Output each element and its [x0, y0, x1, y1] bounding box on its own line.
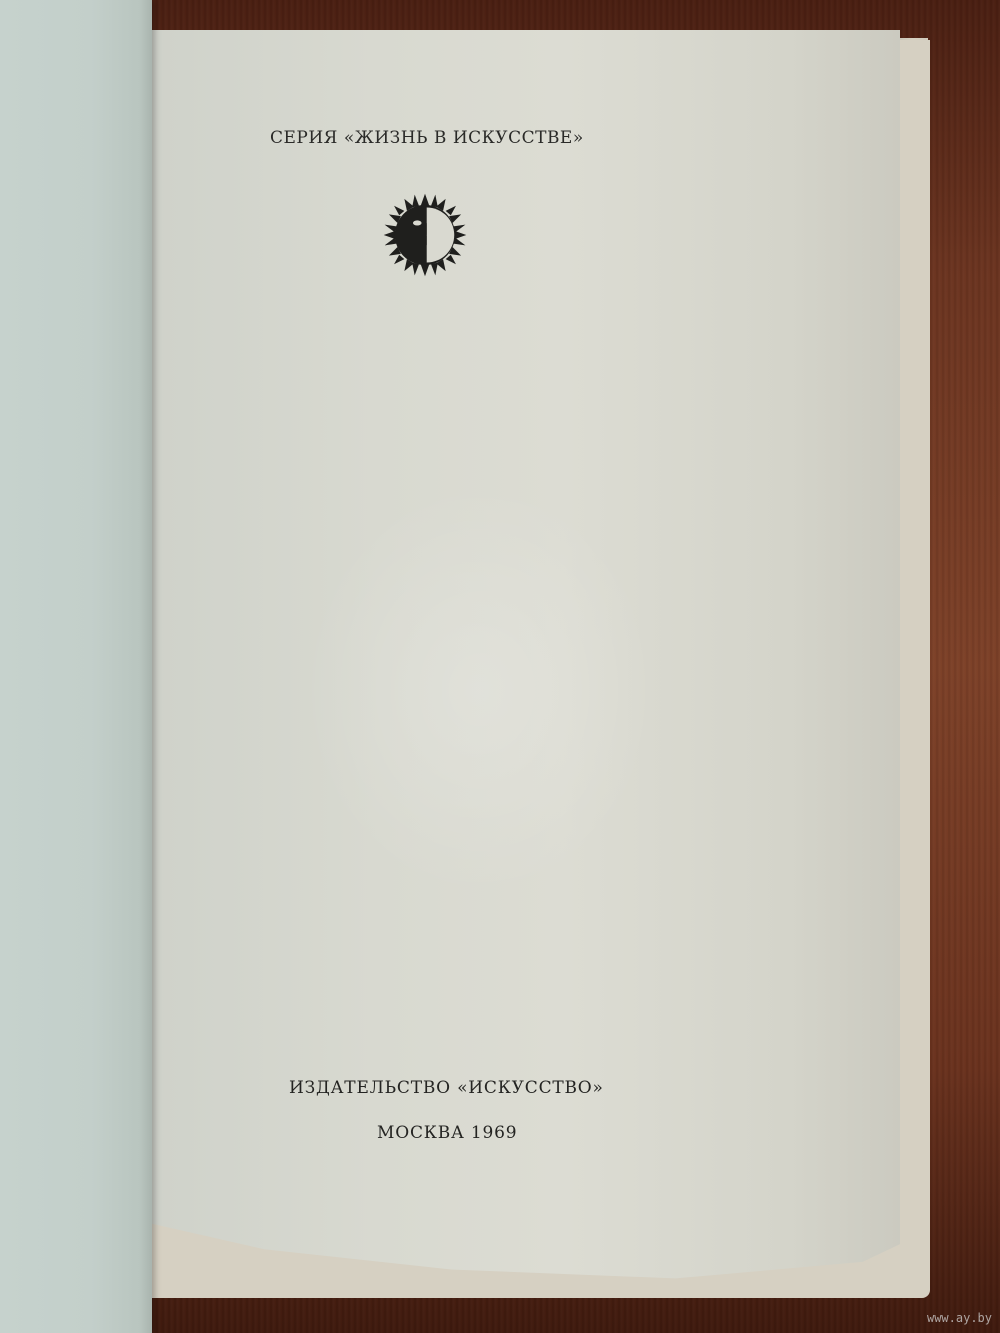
watermark: www.ay.by: [927, 1311, 992, 1325]
publisher-name: ИЗДАТЕЛЬСТВО «ИСКУССТВО»: [289, 1078, 604, 1098]
left-facing-page: [0, 0, 152, 1333]
title-page: [152, 30, 900, 1300]
city-and-year: МОСКВА 1969: [377, 1123, 517, 1143]
sun-mask-emblem-icon: [382, 192, 468, 278]
series-title: СЕРИЯ «ЖИЗНЬ В ИСКУССТВЕ»: [270, 128, 584, 148]
